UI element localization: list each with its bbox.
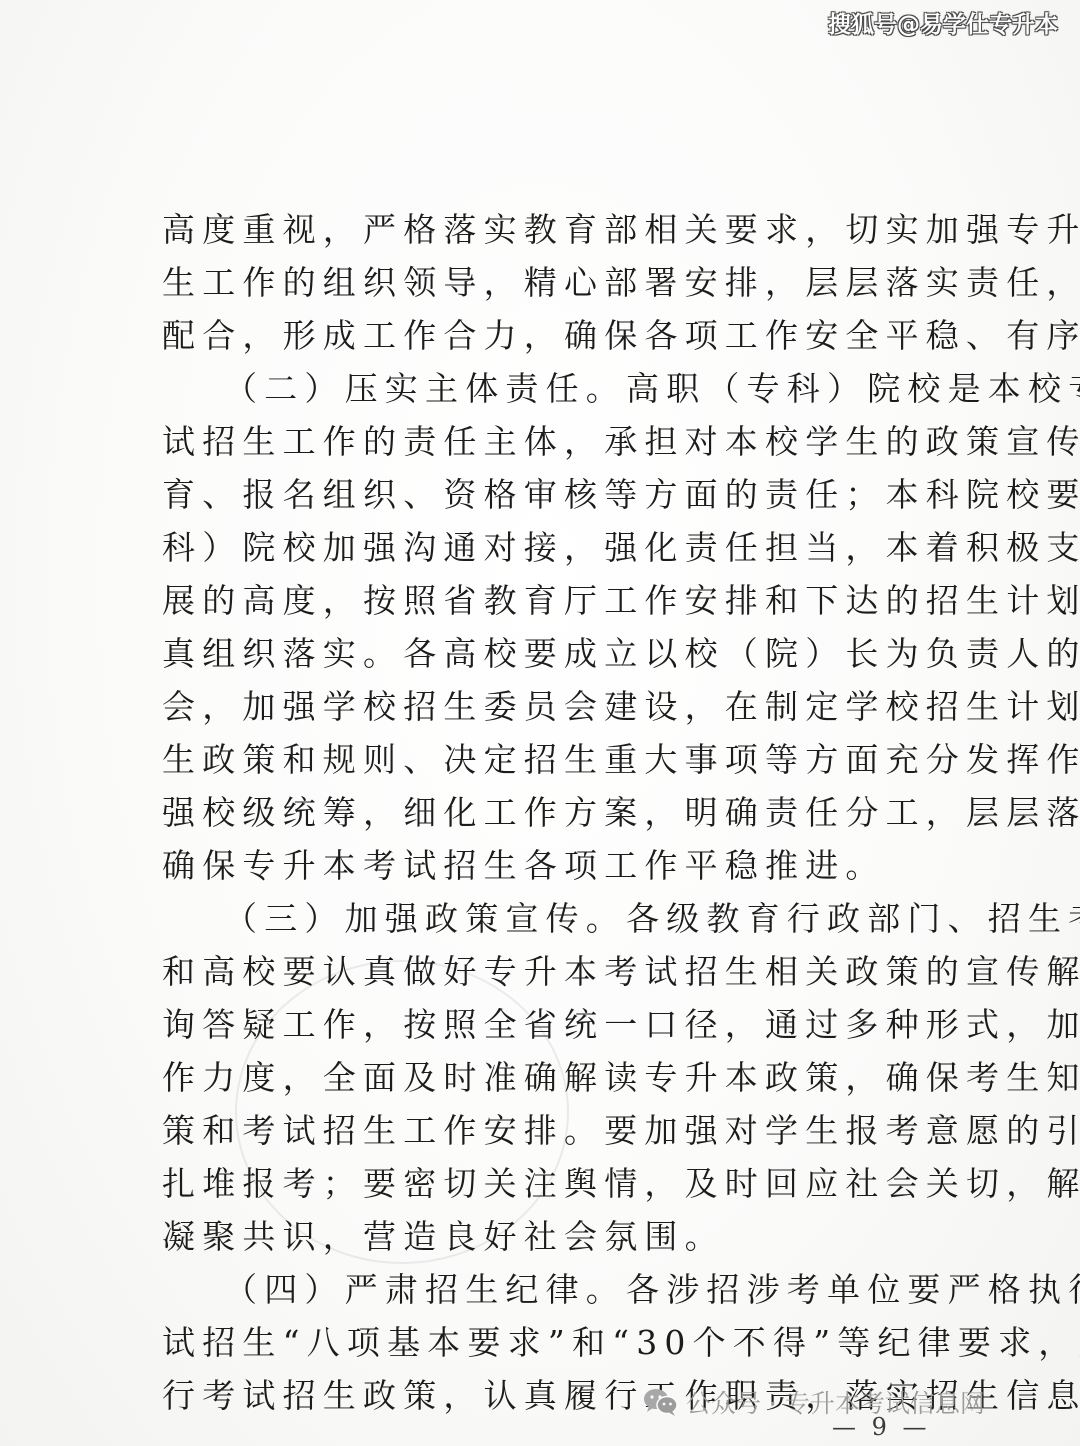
text-line: 科）院校加强沟通对接，强化责任担当，本着积极支持改革发	[162, 521, 942, 574]
text-line: 生工作的组织领导，精心部署安排，层层落实责任，强化协同	[162, 256, 942, 309]
text-line: 高度重视，严格落实教育部相关要求，切实加强专升本考试招	[162, 203, 942, 256]
text-line: 真组织落实。各高校要成立以校（院）长为负责人的招生委员	[162, 627, 942, 680]
text-line: 试招生工作的责任主体，承担对本校学生的政策宣传、考前教	[162, 415, 942, 468]
text-line: 试招生“八项基本要求”和“30个不得”等纪律要求，严格执	[162, 1316, 942, 1369]
text-line: 会，加强学校招生委员会建设，在制定学校招生计划、确定招	[162, 680, 942, 733]
page-number: — 9 —	[832, 1413, 931, 1441]
text-line: 配合，形成工作合力，确保各项工作安全平稳、有序实施。	[162, 309, 942, 362]
text-line: 策和考试招生工作安排。要加强对学生报考意愿的引导，避免	[162, 1104, 942, 1157]
sohu-watermark: 搜狐号@易学仕专升本	[828, 6, 1058, 39]
section-heading-line: （二）压实主体责任。高职（专科）院校是本校专升本考	[162, 362, 942, 415]
text-line: 生政策和规则、决定招生重大事项等方面充分发挥作用。要加	[162, 733, 942, 786]
text-line: 作力度，全面及时准确解读专升本政策，确保考生知悉相关政	[162, 1051, 942, 1104]
text-line: 确保专升本考试招生各项工作平稳推进。	[162, 839, 942, 892]
text-line: 凝聚共识，营造良好社会氛围。	[162, 1210, 942, 1263]
wechat-account-watermark: 公众号 · 专升本考试信息网	[642, 1384, 985, 1420]
wechat-icon	[642, 1387, 680, 1417]
text-line: 扎堆报考；要密切关注舆情，及时回应社会关切，解疑释惑，	[162, 1157, 942, 1210]
section-heading-line: （四）严肃招生纪律。各涉招涉考单位要严格执行高校考	[162, 1263, 942, 1316]
text-line: 询答疑工作，按照全省统一口径，通过多种形式，加大宣传工	[162, 998, 942, 1051]
text-line: 强校级统筹，细化工作方案，明确责任分工，层层落实责任，	[162, 786, 942, 839]
text-line: 展的高度，按照省教育厅工作安排和下达的招生计划，全力认	[162, 574, 942, 627]
section-heading-line: （三）加强政策宣传。各级教育行政部门、招生考试机构	[162, 892, 942, 945]
text-line: 和高校要认真做好专升本考试招生相关政策的宣传解读和咨	[162, 945, 942, 998]
text-line: 育、报名组织、资格审核等方面的责任；本科院校要与高职（专	[162, 468, 942, 521]
document-body: 高度重视，严格落实教育部相关要求，切实加强专升本考试招 生工作的组织领导，精心部…	[162, 203, 942, 1422]
